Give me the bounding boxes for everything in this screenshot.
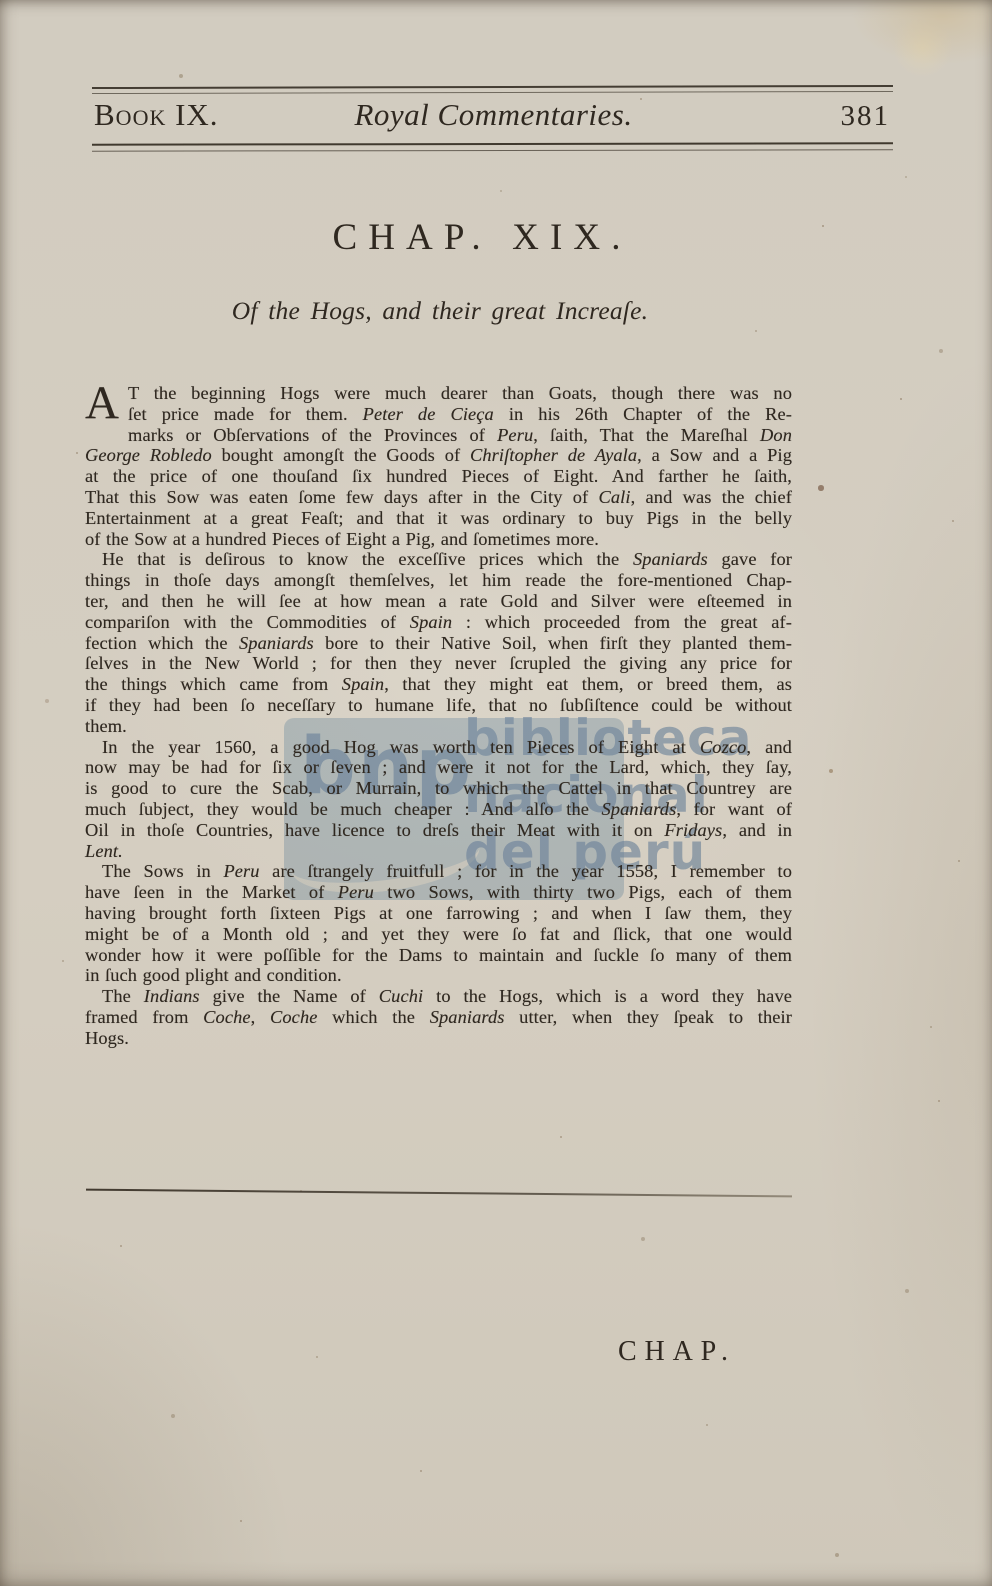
text-segment: give the Name of [200,986,379,1006]
text-line: much ſubject, they would be much cheaper… [85,799,792,820]
italic-text-segment: Peter de Cieça [363,404,494,424]
italic-text-segment: Coche [203,1007,250,1027]
text-line: compariſon with the Commodities of Spain… [85,612,792,633]
text-segment: which the [318,1007,430,1027]
italic-text-segment: Spaniards [602,799,677,819]
text-segment: much ſubject, they would be much cheaper… [85,799,602,819]
text-line: Lent. [85,841,792,862]
page-number: 381 [840,100,890,133]
text-line: The Indians give the Name of Cuchi to th… [85,986,792,1007]
text-line: the things which came from Spain, that t… [85,674,792,695]
header-rule-top [92,85,893,94]
text-segment: ter, and then he will ſee at how mean a … [85,591,792,611]
text-segment: the things which came from [85,674,342,694]
paragraph: The Indians give the Name of Cuchi to th… [85,986,792,1048]
chapter-heading: CHAP. XIX. [0,216,978,259]
italic-text-segment: Coche [270,1007,317,1027]
text-segment: in his 26th Chapter of the Re- [494,404,792,424]
text-segment: two Sows, with thirty two Pigs, each of … [374,882,792,902]
text-segment: bore to their Native Soil, when firſt th… [314,633,792,653]
text-segment: are ſtrangely fruitfull ; for in the yea… [260,861,792,881]
text-line: of the Sow at a hundred Pieces of Eight … [85,529,792,550]
text-line: having brought forth ſixteen Pigs at one… [85,903,792,924]
text-line: He that is deſirous to know the exceſſiv… [85,549,792,570]
text-segment: , [251,1007,270,1027]
text-line: at the price of one thouſand ſix hundred… [85,466,792,487]
text-segment: marks or Obſervations of the Provinces o… [128,425,497,445]
running-header: Book IX. Royal Commentaries. 381 [94,97,890,133]
text-segment: utter, when they ſpeak to their [505,1007,792,1027]
italic-text-segment: Lent. [85,841,123,861]
text-line: things in thoſe days amongſt themſelves,… [85,570,792,591]
italic-text-segment: Peru [497,425,533,445]
italic-text-segment: Cali [599,487,631,507]
text-line: have ſeen in the Market of Peru two Sows… [85,882,792,903]
text-line: Entertainment at a great Feaſt; and that… [85,508,792,529]
italic-text-segment: Spaniards [239,633,314,653]
text-line: George Robledo bought amongſt the Goods … [85,445,792,466]
text-segment: , for want of [676,799,792,819]
text-line: Hogs. [85,1028,792,1049]
text-segment: if they had been ſo neceſſary to humane … [85,695,792,715]
text-line: ſet price made for them. Peter de Cieça … [85,404,792,425]
text-segment: is good to cure the Scab, or Murrain, to… [85,778,792,798]
text-segment: Entertainment at a great Feaſt; and that… [85,508,792,528]
text-segment: might be of a Month old ; and yet they w… [85,924,792,944]
text-line: them. [85,716,792,737]
text-segment: things in thoſe days amongſt themſelves,… [85,570,792,590]
italic-text-segment: Peru [338,882,374,902]
text-segment: In the year 1560, a good Hog was worth t… [102,737,700,757]
text-segment: have ſeen in the Market of [85,882,338,902]
text-segment: That this Sow was eaten ſome few days af… [85,487,599,507]
text-line: In the year 1560, a good Hog was worth t… [85,737,792,758]
text-line: That this Sow was eaten ſome few days af… [85,487,792,508]
text-segment: , and [746,737,792,757]
text-segment: Oil in thoſe Countries, have licence to … [85,820,664,840]
text-segment: , that they might eat them, or breed the… [384,674,792,694]
italic-text-segment: Don [760,425,792,445]
text-line: fection which the Spaniards bore to thei… [85,633,792,654]
text-segment: now may be had for ſix or ſeven ; and we… [85,757,792,777]
italic-text-segment: Indians [144,986,200,1006]
italic-text-segment: Spaniards [430,1007,505,1027]
book-page: Book IX. Royal Commentaries. 381 CHAP. X… [0,0,992,1586]
text-segment: compariſon with the Commodities of [85,612,410,632]
text-segment: fection which the [85,633,239,653]
paragraph: He that is deſirous to know the exceſſiv… [85,549,792,736]
paragraph: The Sows in Peru are ſtrangely fruitfull… [85,861,792,986]
catchword: CHAP. [618,1336,736,1368]
text-line: if they had been ſo neceſſary to humane … [85,695,792,716]
italic-text-segment: Spain [410,612,452,632]
italic-text-segment: Cozco [700,737,746,757]
text-line: ſelves in the New World ; for then they … [85,653,792,674]
text-segment: , and in [722,820,792,840]
italic-text-segment: Chriſtopher de Ayala [470,445,637,465]
running-title: Royal Commentaries. [354,97,632,133]
drop-cap: A [85,386,119,425]
text-segment: He that is deſirous to know the exceſſiv… [102,549,633,569]
text-segment: to the Hogs, which is a word they have [423,986,792,1006]
text-segment: them. [85,716,127,736]
text-line: wonder how it were poſſible for the Dams… [85,945,792,966]
text-segment: of the Sow at a hundred Pieces of Eight … [85,529,599,549]
text-segment: T the beginning Hogs were much dearer th… [128,383,792,403]
text-line: ter, and then he will ſee at how mean a … [85,591,792,612]
text-segment: ſet price made for them. [128,404,363,424]
text-segment: bought amongſt the Goods of [212,445,470,465]
text-segment: Hogs. [85,1028,129,1048]
text-segment: The Sows in [102,861,223,881]
text-segment: , a Sow and a Pig [637,445,792,465]
italic-text-segment: Peru [223,861,259,881]
body-text: AT the beginning Hogs were much dearer t… [85,383,792,1049]
section-divider-rule [86,1189,792,1198]
text-line: marks or Obſervations of the Provinces o… [85,425,792,446]
text-line: Oil in thoſe Countries, have licence to … [85,820,792,841]
text-segment: The [102,986,144,1006]
chapter-subtitle: Of the Hogs, and their great Increaſe. [0,296,936,326]
text-segment: wonder how it were poſſible for the Dams… [85,945,792,965]
text-segment: in ſuch good plight and condition. [85,965,342,985]
paragraph: AT the beginning Hogs were much dearer t… [85,383,792,549]
text-segment: at the price of one thouſand ſix hundred… [85,466,792,486]
text-segment: , ſaith, That the Mareſhal [533,425,760,445]
text-line: in ſuch good plight and condition. [85,965,792,986]
text-line: is good to cure the Scab, or Murrain, to… [85,778,792,799]
text-line: framed from Coche, Coche which the Spani… [85,1007,792,1028]
text-line: The Sows in Peru are ſtrangely fruitfull… [85,861,792,882]
text-line: T the beginning Hogs were much dearer th… [85,383,792,404]
text-segment: ſelves in the New World ; for then they … [85,653,792,673]
text-segment: having brought forth ſixteen Pigs at one… [85,903,792,923]
header-rule-bottom [92,142,893,151]
paper-foxing-specks [0,0,2,2]
paragraph: In the year 1560, a good Hog was worth t… [85,737,792,862]
italic-text-segment: Spaniards [633,549,708,569]
text-segment: , and was the chief [631,487,792,507]
text-line: now may be had for ſix or ſeven ; and we… [85,757,792,778]
italic-text-segment: Cuchi [379,986,423,1006]
text-segment: gave for [708,549,792,569]
italic-text-segment: George Robledo [85,445,212,465]
italic-text-segment: Fridays [664,820,722,840]
book-number-label: Book IX. [94,97,219,133]
text-segment: : which proceeded from the great af- [452,612,792,632]
text-line: might be of a Month old ; and yet they w… [85,924,792,945]
text-segment: framed from [85,1007,203,1027]
italic-text-segment: Spain [342,674,384,694]
